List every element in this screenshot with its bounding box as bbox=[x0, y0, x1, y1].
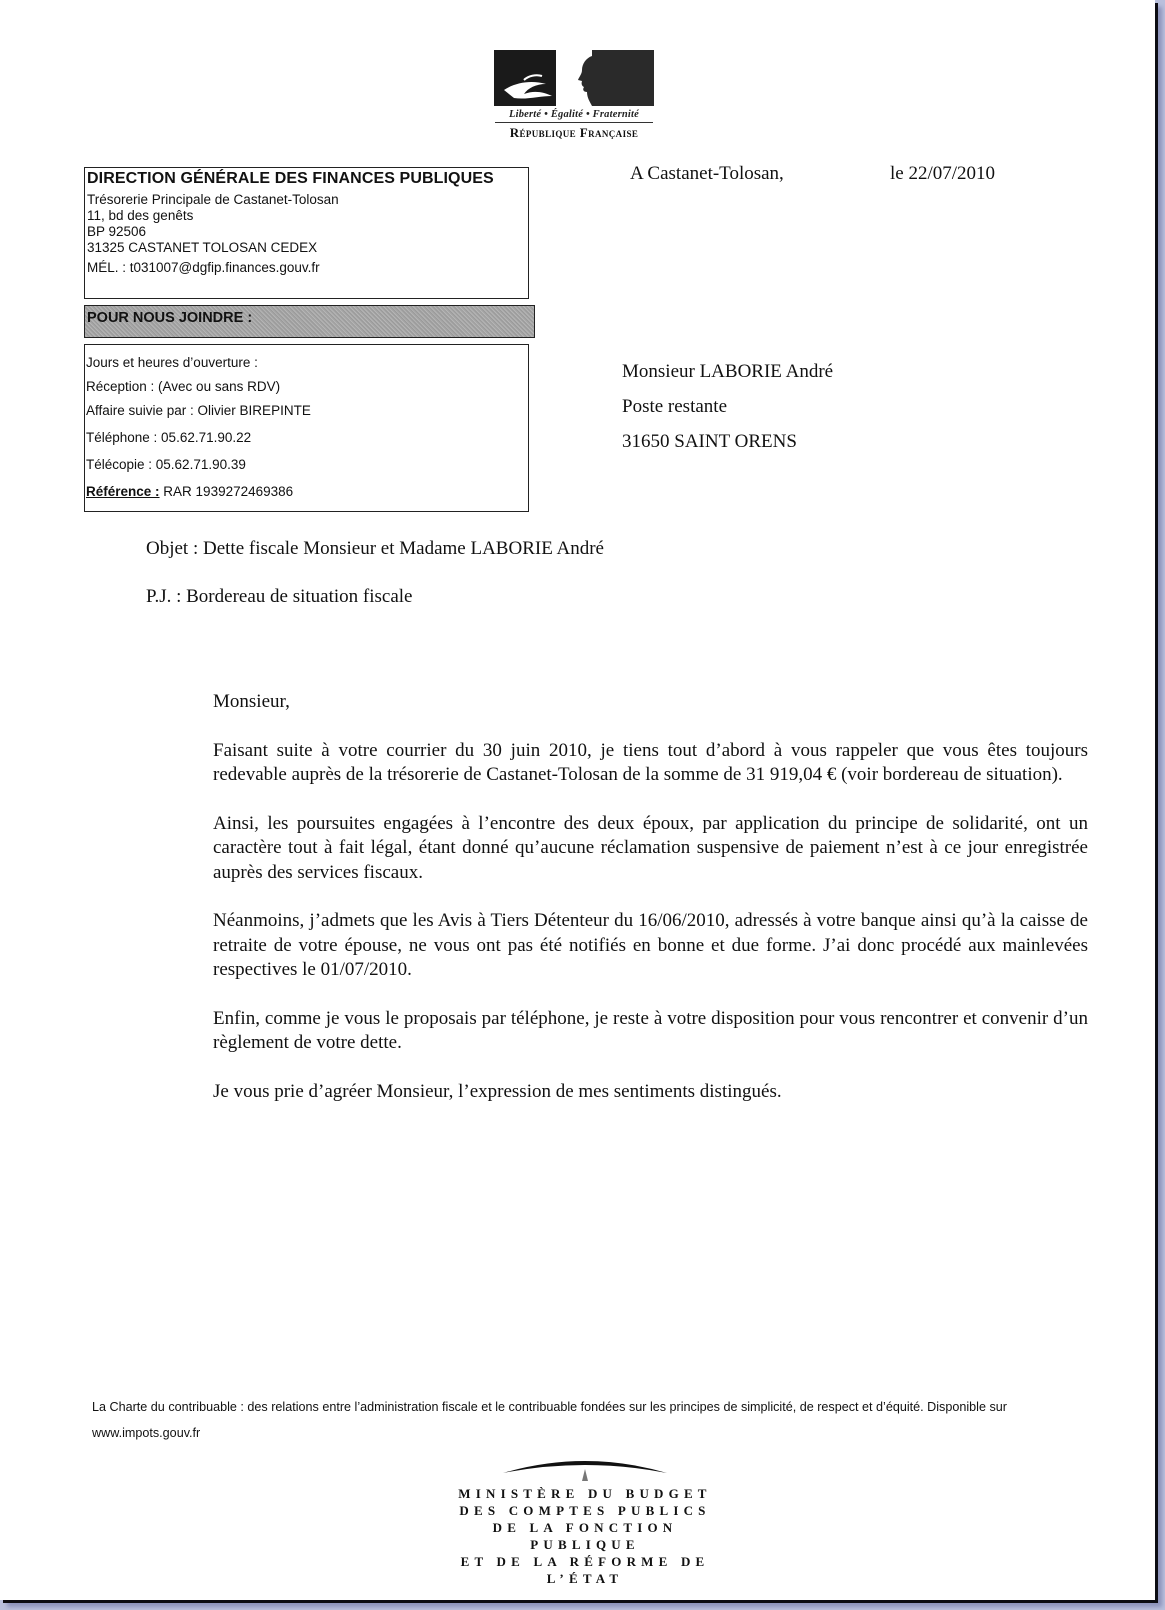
motto: Liberté • Égalité • Fraternité bbox=[491, 109, 657, 120]
recipient-name: Monsieur LABORIE André bbox=[622, 354, 833, 389]
letter-place: A Castanet-Tolosan, bbox=[630, 163, 784, 185]
ministry-line: ET DE LA RÉFORME DE L’ÉTAT bbox=[440, 1553, 730, 1587]
sender-line: 31325 CASTANET TOLOSAN CEDEX bbox=[87, 240, 525, 256]
phone: Téléphone : 05.62.71.90.22 bbox=[86, 426, 525, 450]
ministry-block: MINISTÈRE DU BUDGET DES COMPTES PUBLICS … bbox=[440, 1455, 730, 1587]
taxpayer-charter-note: La Charte du contribuable : des relation… bbox=[92, 1394, 1072, 1446]
paragraph: Ainsi, les poursuites engagées à l’encon… bbox=[213, 812, 1088, 886]
case-handler: Affaire suivie par : Olivier BIREPINTE bbox=[86, 399, 525, 423]
recipient-line: Poste restante bbox=[622, 389, 833, 424]
opening-hours: Jours et heures d’ouverture : bbox=[86, 351, 525, 375]
contact-box: Jours et heures d’ouverture : Réception … bbox=[84, 344, 529, 512]
subject-line: Objet : Dette fiscale Monsieur et Madame… bbox=[146, 538, 604, 560]
ministry-line: DES COMPTES PUBLICS bbox=[440, 1502, 730, 1519]
republique-francaise: République Française bbox=[491, 125, 657, 141]
marianne-logo-icon bbox=[494, 50, 654, 106]
attachment-line: P.J. : Bordereau de situation fiscale bbox=[146, 586, 412, 608]
closing: Je vous prie d’agréer Monsieur, l’expres… bbox=[213, 1080, 1088, 1105]
recipient-address: Monsieur LABORIE André Poste restante 31… bbox=[622, 354, 833, 459]
paragraph: Enfin, comme je vous le proposais par té… bbox=[213, 1007, 1088, 1056]
sender-box: DIRECTION GÉNÉRALE DES FINANCES PUBLIQUE… bbox=[84, 167, 529, 299]
reference: Référence : RAR 1939272469386 bbox=[86, 480, 525, 504]
sender-line: Trésorerie Principale de Castanet-Tolosa… bbox=[87, 192, 525, 208]
ministry-line: MINISTÈRE DU BUDGET bbox=[440, 1485, 730, 1502]
paragraph: Néanmoins, j’admets que les Avis à Tiers… bbox=[213, 909, 1088, 983]
motto-divider bbox=[495, 122, 653, 123]
recipient-line: 31650 SAINT ORENS bbox=[622, 424, 833, 459]
letter-date: le 22/07/2010 bbox=[890, 163, 995, 185]
fax: Télécopie : 05.62.71.90.39 bbox=[86, 453, 525, 477]
ministry-arc-icon bbox=[495, 1455, 675, 1485]
reception: Réception : (Avec ou sans RDV) bbox=[86, 375, 525, 399]
paragraph: Faisant suite à votre courrier du 30 jui… bbox=[213, 739, 1088, 788]
salutation: Monsieur, bbox=[213, 690, 1088, 715]
sender-line: 11, bd des genêts bbox=[87, 208, 525, 224]
republique-francaise-logo: Liberté • Égalité • Fraternité Républiqu… bbox=[491, 50, 657, 141]
letter-body: Monsieur, Faisant suite à votre courrier… bbox=[213, 690, 1088, 1104]
reference-value: RAR 1939272469386 bbox=[160, 484, 294, 499]
sender-title: DIRECTION GÉNÉRALE DES FINANCES PUBLIQUE… bbox=[87, 170, 525, 188]
sender-line: BP 92506 bbox=[87, 224, 525, 240]
ministry-line: DE LA FONCTION PUBLIQUE bbox=[440, 1519, 730, 1553]
sender-email: MÉL. : t031007@dgfip.finances.gouv.fr bbox=[87, 260, 525, 276]
contact-heading: POUR NOUS JOINDRE : bbox=[84, 305, 535, 338]
letter-page: Liberté • Égalité • Fraternité Républiqu… bbox=[0, 0, 1155, 1600]
reference-label: Référence : bbox=[86, 484, 160, 499]
